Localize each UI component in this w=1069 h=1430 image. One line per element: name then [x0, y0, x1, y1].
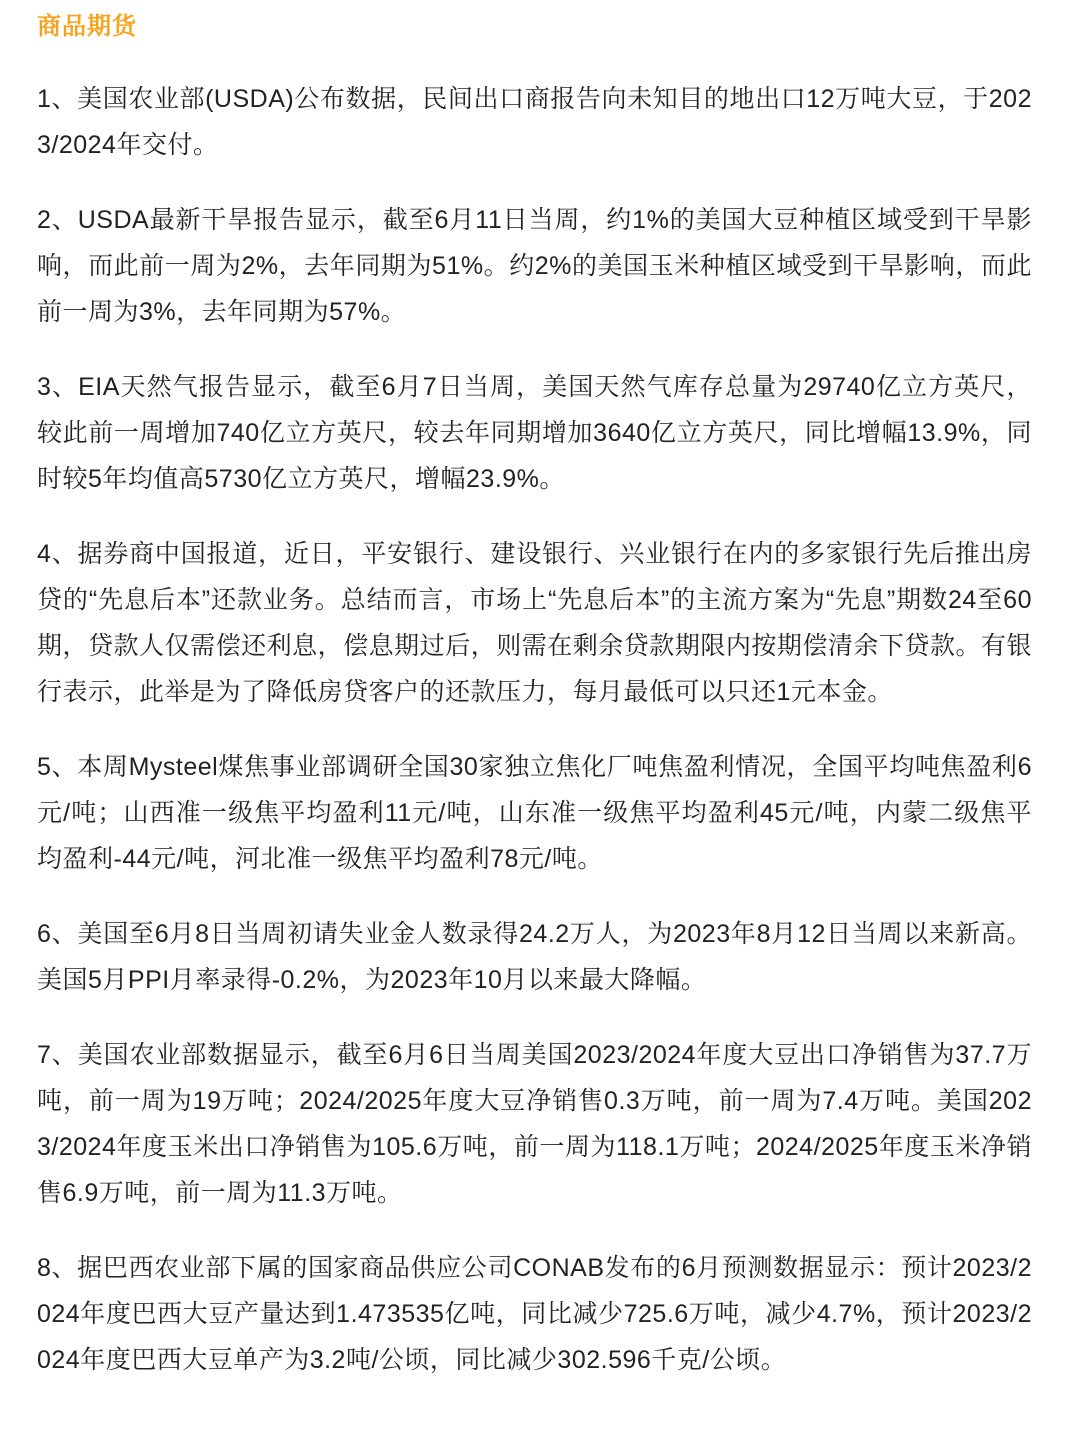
news-paragraph-3: 3、EIA天然气报告显示，截至6月7日当周，美国天然气库存总量为29740亿立方…	[37, 364, 1032, 502]
news-paragraph-1: 1、美国农业部(USDA)公布数据，民间出口商报告向未知目的地出口12万吨大豆，…	[37, 76, 1032, 168]
news-paragraph-2: 2、USDA最新干旱报告显示，截至6月11日当周，约1%的美国大豆种植区域受到干…	[37, 197, 1032, 335]
news-paragraph-5: 5、本周Mysteel煤焦事业部调研全国30家独立焦化厂吨焦盈利情况，全国平均吨…	[37, 744, 1032, 882]
news-document: 商品期货 1、美国农业部(USDA)公布数据，民间出口商报告向未知目的地出口12…	[0, 0, 1069, 1383]
news-paragraph-6: 6、美国至6月8日当周初请失业金人数录得24.2万人，为2023年8月12日当周…	[37, 911, 1032, 1003]
news-paragraph-7: 7、美国农业部数据显示，截至6月6日当周美国2023/2024年度大豆出口净销售…	[37, 1032, 1032, 1216]
news-paragraph-4: 4、据券商中国报道，近日，平安银行、建设银行、兴业银行在内的多家银行先后推出房贷…	[37, 531, 1032, 715]
section-title: 商品期货	[37, 6, 1032, 44]
news-paragraph-8: 8、据巴西农业部下属的国家商品供应公司CONAB发布的6月预测数据显示：预计20…	[37, 1245, 1032, 1383]
